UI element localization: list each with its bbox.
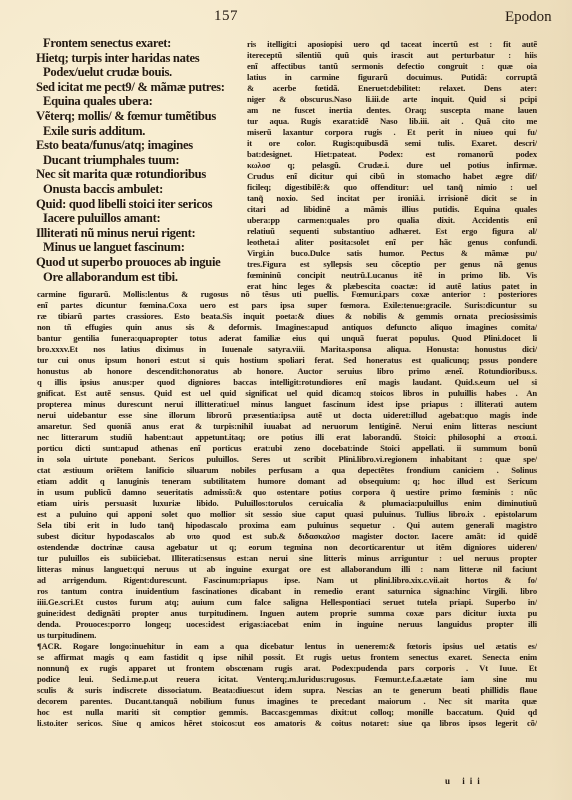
commentary-line: Virgi.in buco.Dulce satis humor. Pectus … [247,248,537,259]
commentary-line: Sela tibi erit in ludo tanq̃ hipodascalo… [37,520,537,531]
commentary-line: Crudus enĩ dicitur qui cibũ in stomacho … [247,171,537,182]
commentary-full-width: carmine figurarũ. Mollis:lentus & rugosu… [37,289,537,729]
commentary-right-column: ris itelligit:i aposiopisi uero qd tacea… [247,39,537,292]
commentary-line: fœmininũ concipit neutrũ.Lucanus itẽ in … [247,270,537,281]
commentary-line: tanq̃ noxio. Sed incitat per ironiã.i. i… [247,193,537,204]
commentary-line: tres.Figura est syllepsis seu cõceptio p… [247,259,537,270]
commentary-line: decorem parentes. Ducant.tanquã nobilium… [37,696,537,707]
commentary-line: iiii.Ge.scri.Et custos furum atq; auium … [37,597,537,608]
commentary-line: propterea minus durescunt nerui illitter… [37,399,537,410]
commentary-line: carmine figurarũ. Mollis:lentus & rugosu… [37,289,537,300]
verse-line: Vẽterq; mollis/ & fœmur tumẽtibus [36,109,246,124]
commentary-line: nerui uidebantur esse sine illorum libro… [37,410,537,421]
commentary-line: ubera:pp carmen:quales pro qualia dixit.… [247,215,537,226]
commentary-line: sculis & suris indiscrete dissociatum. B… [37,685,537,696]
commentary-line: porticu dicti sunt:apud athenas enĩ port… [37,443,537,454]
commentary-line: latius in carmine figurarũ docuimus. Put… [247,72,537,83]
commentary-line: podice leui. Sed.i.me.p.ut reuera icitat… [37,674,537,685]
verse-line: Illiterati nũ minus nerui rigent: [36,226,246,241]
commentary-line: denda. Prouoces:porro longeq; uoces:ides… [37,619,537,630]
book-page: 157 Epodon Frontem senectus exaret:Hietq… [0,0,572,800]
verse-line: Hietq; turpis inter haridas nates [36,51,246,66]
commentary-line: citari ad libidinẽ a mãmis illius putidi… [247,204,537,215]
commentary-line: relatiuũ sequenti substantiuo adhæret. E… [247,226,537,237]
commentary-line: bro.xxxv.Et nos latius diximus in Iuuena… [37,344,537,355]
verse-line: Esto beata/funus/atq; imagines [36,138,246,153]
folio-number: 157 [214,8,238,25]
verse-line: Ore allaborandum est tibi. [36,270,246,285]
commentary-line: subest dicitur hypodascalos ab υπο quod … [37,531,537,542]
commentary-line: q illis ipsius anus:per quod digniores b… [37,377,537,388]
commentary-line: nec litterarum studiũ habent:aut appetun… [37,432,537,443]
verse-line: Exile suris additum. [36,124,246,139]
verse-line: Sed icitat me pect9/ & mãmæ putres: [36,80,246,95]
verse-text-block: Frontem senectus exaret:Hietq; turpis in… [36,36,246,284]
verse-line: Onusta baccis ambulet: [36,182,246,197]
commentary-line: us turpitudinem. [37,630,537,641]
commentary-line: in usum publicũ damno seueritatis admiss… [37,487,537,498]
commentary-line: it ore color. Rugis:quibusdã semi tulis.… [247,138,537,149]
commentary-line: etiam uiris persuasit luxuriæ libido. Pu… [37,498,537,509]
commentary-line: ficileq; digestibilẽ:& quo offenditur: u… [247,182,537,193]
commentary-line: ros tantum contra inuidentium fascinatio… [37,586,537,597]
commentary-line: honustus ab honore descendit:honoratus a… [37,366,537,377]
commentary-line: leotheta.i aliter posita:solet enĩ per h… [247,237,537,248]
commentary-line: hoc est nulla mariti sit comptior gemmis… [37,707,537,718]
running-head: Epodon [505,9,552,26]
commentary-line: itereceptũ silentiũ quũ quis irascit aut… [247,50,537,61]
verse-line: Quid: quod libelli stoici iter sericos [36,197,246,212]
commentary-line: in sola uirtute ponebant. Sericos puluil… [37,454,537,465]
verse-line: Equina quales ubera: [36,94,246,109]
verse-line: Nec sit marita quæ rotundioribus [36,167,246,182]
verse-line: Quod ut superbo prouoces ab inguie [36,255,246,270]
commentary-line: litteras minus languet:qui neruus ut ab … [37,564,537,575]
verse-line: Minus ue languet fascinum: [36,240,246,255]
commentary-line: ris itelligit:i aposiopisi uero qd tacea… [247,39,537,50]
commentary-line: am ne fuscet inertia dentes. Oraq; susce… [247,105,537,116]
commentary-line: enĩ partes dicuntur fœmina.Coxa uero est… [37,300,537,311]
verse-line: Ducant triumphales tuum: [36,153,246,168]
commentary-line: li.sto.iter sericos. Siue q amicos hẽret… [37,718,537,729]
commentary-line: ¶ACR. Rogare longo:inuehitur in eam a qu… [37,641,537,652]
commentary-line: ræ tibiarũ partes crassiores. Esto beata… [37,311,537,322]
commentary-line: amaretur. Sed quoniã anus erat & turpis:… [37,421,537,432]
commentary-line: nonnunq̃ ex rugis apparet ut frontem obs… [37,663,537,674]
commentary-line: & acerbe fœtidã. Eneruet:debilitet: rela… [247,83,537,94]
commentary-line: niger & obscurus.Naso li.iii.de arte inq… [247,94,537,105]
commentary-line: tur aqua. Rugis exarat:idẽ Naso lib.iii.… [247,116,537,127]
commentary-line: bat:designet. Hiet:pateat. Podex: est ro… [247,149,537,160]
commentary-line: tur cui onus ipsum honori est:ut si quis… [37,355,537,366]
commentary-line: gnificat. Est autẽ sensus. Quid est uel … [37,388,537,399]
verse-line: Frontem senectus exaret: [36,36,246,51]
commentary-line: non tñ effugies quin anus sis & deformis… [37,322,537,333]
commentary-line: guine:idest dedignãti propter anus turpi… [37,608,537,619]
verse-line: Iacere puluillos amant: [36,211,246,226]
commentary-line: se affirmat magis q eam fastidit q ipse … [37,652,537,663]
commentary-line: est a puluino qui apponi solet quo molli… [37,509,537,520]
commentary-line: bantur gentilia funera:quapropter totus … [37,333,537,344]
commentary-line: κωλοσ q; pelasgũ. Crudæ.i. dure uel poti… [247,160,537,171]
commentary-line: tur puluillos eis subiiciebat. Illiterat… [37,553,537,564]
page-edge-shading [548,0,572,800]
verse-line: Podex/uelut crudæ bouis. [36,65,246,80]
commentary-line: ad arrigendum. Rigent:durescunt. Fascinu… [37,575,537,586]
commentary-line: etiam addit q lanuginis teneram subtilit… [37,476,537,487]
commentary-line: ctat æstiuum oriẽtem lanificio siluarum … [37,465,537,476]
printer-signature-mark: u iii [445,776,485,786]
commentary-line: miserũ laxantur corpora rugis . Et perit… [247,127,537,138]
commentary-line: enĩ affectibus tantũ sermonis defectio c… [247,61,537,72]
commentary-line: ostendendæ doctrinæ causa agebatur ut q;… [37,542,537,553]
